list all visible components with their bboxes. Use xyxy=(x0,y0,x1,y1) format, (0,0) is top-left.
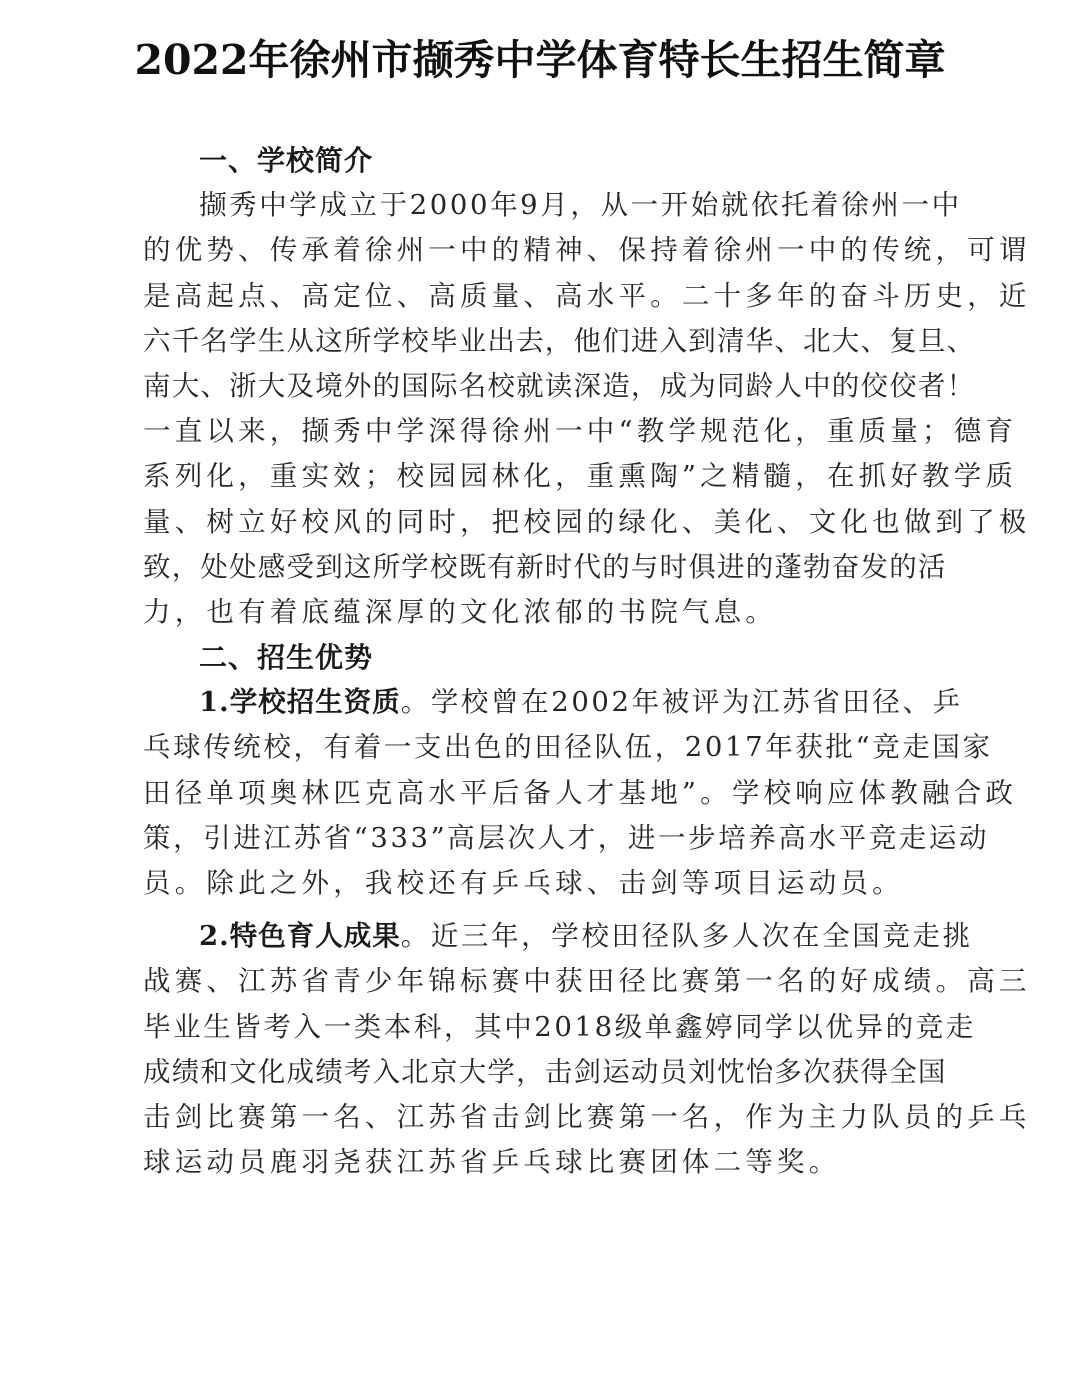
text-line: 量、树立好校风的同时，把校园的绿化、美化、文化也做到了极 xyxy=(143,500,943,545)
text-line: 乓球传统校，有着一支出色的田径队伍，2017年获批“竞走国家 xyxy=(143,725,943,770)
item-text: 。学校曾在2002年被评为江苏省田径、乒 xyxy=(401,686,963,718)
document-title: 2022年徐州市撷秀中学体育特长生招生简章 xyxy=(0,32,1080,88)
text-line: 是高起点、高定位、高质量、高水平。二十多年的奋斗历史，近 xyxy=(143,274,943,319)
item-lead: 1.学校招生资质 xyxy=(199,686,401,718)
text-line: 策，引进江苏省“333”高层次人才，进一步培养高水平竞走运动 xyxy=(143,816,943,861)
text-line: 系列化，重实效；校园园林化，重熏陶”之精髓，在抓好教学质 xyxy=(143,454,943,499)
text-line: 战赛、江苏省青少年锦标赛中获田径比赛第一名的好成绩。高三 xyxy=(143,959,943,1004)
text-line: 2.特色育人成果。近三年，学校田径队多人次在全国竞走挑 xyxy=(143,914,943,959)
item-lead: 2.特色育人成果 xyxy=(199,920,401,952)
section-heading-school-intro: 一、学校简介 xyxy=(143,138,943,183)
text-line: 击剑比赛第一名、江苏省击剑比赛第一名，作为主力队员的乒乓 xyxy=(143,1095,943,1140)
paragraph-admission-qualification: 1.学校招生资质。学校曾在2002年被评为江苏省田径、乒 乓球传统校，有着一支出… xyxy=(143,680,943,906)
text-line: 致，处处感受到这所学校既有新时代的与时俱进的蓬勃奋发的活 xyxy=(143,545,943,590)
text-line: 撷秀中学成立于2000年9月，从一开始就依托着徐州一中 xyxy=(143,183,943,228)
text-line: 六千名学生从这所学校毕业出去，他们进入到清华、北大、复旦、 xyxy=(143,319,943,364)
paragraph-school-intro: 撷秀中学成立于2000年9月，从一开始就依托着徐州一中 的优势、传承着徐州一中的… xyxy=(143,183,943,635)
text-line: 的优势、传承着徐州一中的精神、保持着徐州一中的传统，可谓 xyxy=(143,228,943,273)
section-heading-enrollment-advantages: 二、招生优势 xyxy=(143,635,943,680)
text-line: 毕业生皆考入一类本科，其中2018级单鑫婷同学以优异的竞走 xyxy=(143,1005,943,1050)
paragraph-training-achievements: 2.特色育人成果。近三年，学校田径队多人次在全国竞走挑 战赛、江苏省青少年锦标赛… xyxy=(143,914,943,1185)
text-line: 一直以来，撷秀中学深得徐州一中“教学规范化，重质量；德育 xyxy=(143,409,943,454)
text-line: 田径单项奥林匹克高水平后备人才基地”。学校响应体教融合政 xyxy=(143,771,943,816)
text-line: 力，也有着底蕴深厚的文化浓郁的书院气息。 xyxy=(143,590,943,635)
text-line: 成绩和文化成绩考入北京大学，击剑运动员刘忱怡多次获得全国 xyxy=(143,1050,943,1095)
document-body: 一、学校简介 撷秀中学成立于2000年9月，从一开始就依托着徐州一中 的优势、传… xyxy=(143,138,943,1185)
text-line: 1.学校招生资质。学校曾在2002年被评为江苏省田径、乒 xyxy=(143,680,943,725)
item-text: 。近三年，学校田径队多人次在全国竞走挑 xyxy=(401,920,973,952)
text-line: 南大、浙大及境外的国际名校就读深造，成为同龄人中的佼佼者！ xyxy=(143,364,943,409)
text-line: 员。除此之外，我校还有乒乓球、击剑等项目运动员。 xyxy=(143,861,943,906)
text-line: 球运动员鹿羽尧获江苏省乒乓球比赛团体二等奖。 xyxy=(143,1140,943,1185)
